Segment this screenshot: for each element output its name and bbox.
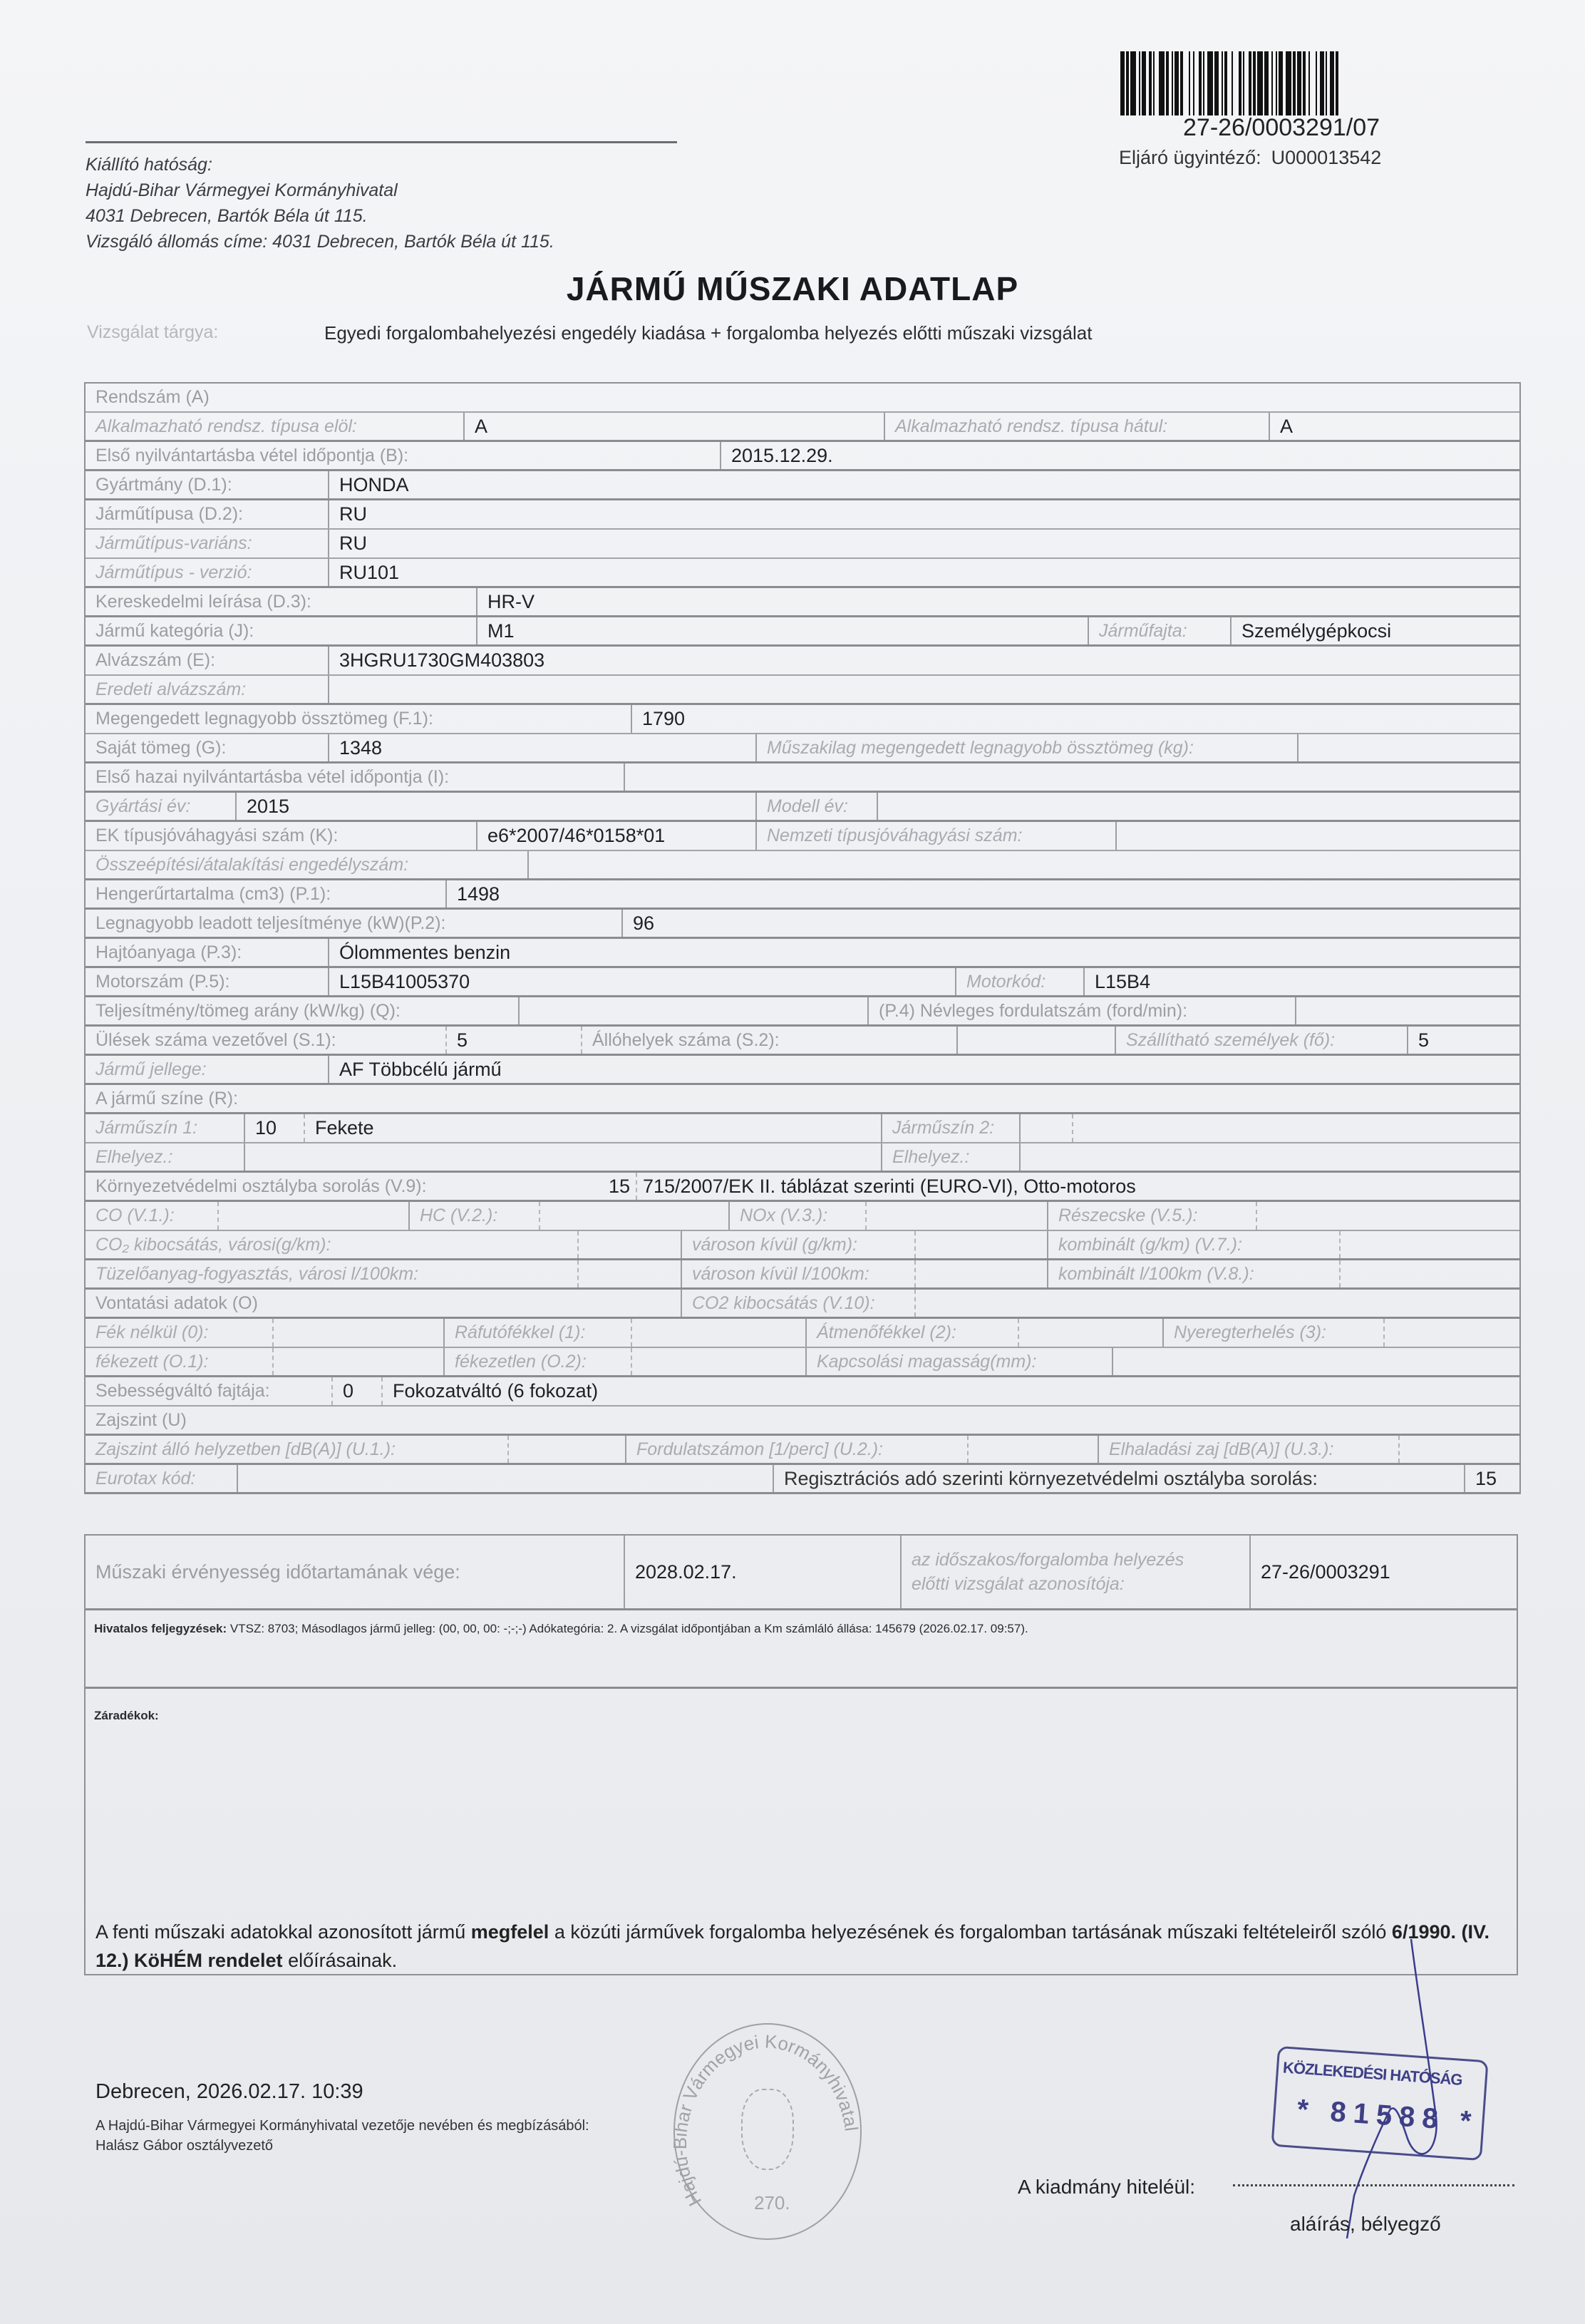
- row-max-mass: Megengedett legnagyobb össztömeg (F.1): …: [86, 705, 1519, 734]
- gearbox-code: 0: [331, 1377, 381, 1405]
- row-power-mass: Teljesítmény/tömeg arány (kW/kg) (Q): (P…: [86, 997, 1519, 1027]
- towing-header: Vontatási adatok (O): [86, 1290, 681, 1317]
- noise-rpm-label: Fordulatszámon [1/perc] (U.2.):: [625, 1436, 967, 1463]
- passengers-value: 5: [1407, 1027, 1518, 1054]
- subject-label: Vizsgálat tárgya:: [87, 322, 218, 343]
- power-mass-value: [518, 997, 867, 1024]
- standing-value: [956, 1027, 1115, 1054]
- co2-comb-value: [1339, 1231, 1518, 1258]
- fuel-extra-label: városon kívül l/100km:: [681, 1260, 914, 1287]
- front-plate-label: Alkalmazható rendsz. típusa elöl:: [86, 413, 463, 440]
- row-version: Járműtípus - verzió: RU101: [86, 559, 1519, 588]
- row-make: Gyártmány (D.1): HONDA: [86, 471, 1519, 500]
- tech-max-mass-value: [1297, 734, 1518, 761]
- coat-of-arms-icon: [741, 2089, 794, 2170]
- vehicle-kind-value: Személygépkocsi: [1230, 617, 1518, 644]
- row-fuel: Hajtóanyaga (P.3): Ólommentes benzin: [86, 939, 1519, 968]
- color2-code: [1019, 1114, 1072, 1142]
- plate-label: Rendszám (A): [86, 384, 755, 411]
- own-mass-label: Saját tömeg (G):: [86, 734, 328, 761]
- co2-v10-value: [914, 1290, 1518, 1317]
- hc-label: HC (V.2.):: [408, 1202, 539, 1230]
- row-first-domestic: Első hazai nyilvántartásba vétel időpont…: [86, 763, 1519, 793]
- row-type: Járműtípusa (D.2): RU: [86, 500, 1519, 530]
- env-class-code: 15: [577, 1173, 636, 1200]
- nox-label: NOx (V.3.):: [728, 1202, 865, 1230]
- row-variant: Járműtípus-variáns: RU: [86, 530, 1519, 559]
- conformity-text-2: a közúti járművek forgalomba helyezéséne…: [549, 1921, 1392, 1943]
- barcode-number: 27-26/0003291/07: [1183, 114, 1380, 142]
- row-color1: Járműszín 1: 10 Fekete Járműszín 2:: [86, 1114, 1519, 1143]
- row-emissions: CO (V.1.): HC (V.2.): NOx (V.3.): Részec…: [86, 1202, 1519, 1231]
- co2-extra-value: [914, 1231, 1047, 1258]
- category-label: Jármű kategória (J):: [86, 617, 476, 644]
- gearbox-label: Sebességváltó fajtája:: [86, 1377, 331, 1405]
- character-value: AF Többcélú jármű: [328, 1056, 1518, 1083]
- row-seats: Ülések száma vezetővel (S.1): 5 Állóhely…: [86, 1027, 1519, 1056]
- unbraked-value: [631, 1348, 805, 1375]
- notes-text: VTSZ: 8703; Másodlagos jármű jelleg: (00…: [230, 1622, 1028, 1635]
- row-validity: Műszaki érvényesség időtartamának vége: …: [86, 1536, 1517, 1610]
- color-header: A jármű színe (R):: [86, 1085, 1518, 1112]
- row-plate-type: Alkalmazható rendsz. típusa elöl: A Alka…: [86, 413, 1519, 442]
- rear-plate-label: Alkalmazható rendsz. típusa hátul:: [884, 413, 1269, 440]
- case-officer: Eljáró ügyintéző:U000013542: [1119, 147, 1381, 169]
- front-plate-value: A: [463, 413, 884, 440]
- braked-value: [272, 1348, 443, 1375]
- row-orig-vin: Eredeti alvázszám:: [86, 676, 1519, 705]
- gearbox-value: Fokozatváltó (6 fokozat): [381, 1377, 1518, 1405]
- row-eurotax: Eurotax kód: Regisztrációs adó szerinti …: [86, 1465, 1519, 1494]
- row-plate: Rendszám (A): [86, 384, 1519, 413]
- first-registration-label: Első nyilvántartásba vétel időpontja (B)…: [86, 442, 720, 469]
- placement1-value: [244, 1143, 881, 1171]
- coupling-label: Kapcsolási magasság(mm):: [805, 1348, 1112, 1375]
- vehicle-data-table: Rendszám (A) Alkalmazható rendsz. típusa…: [84, 382, 1521, 1494]
- make-value: HONDA: [328, 471, 1518, 498]
- noise-passby-label: Elhaladási zaj [dB(A)] (U.3.):: [1098, 1436, 1398, 1463]
- certify-label: A kiadmány hiteléül:: [1018, 2176, 1195, 2199]
- first-registration-value: 2015.12.29.: [720, 442, 1518, 469]
- signature-icon: [1269, 1939, 1482, 2238]
- conformity-verdict: megfelel: [471, 1921, 549, 1943]
- type-label: Járműtípusa (D.2):: [86, 500, 328, 528]
- co2-extra-label: városon kívül (g/km):: [681, 1231, 914, 1258]
- reg-tax-value: 15: [1464, 1465, 1518, 1492]
- eurotax-label: Eurotax kód:: [86, 1465, 237, 1492]
- ec-approval-label: EK típusjóváhagyási szám (K):: [86, 822, 476, 850]
- unbraked-label: fékezetlen (O.2):: [443, 1348, 631, 1375]
- variant-label: Járműtípus-variáns:: [86, 530, 328, 557]
- notes-label: Hivatalos feljegyzések:: [94, 1622, 227, 1635]
- continuous-label: Átmenőfékkel (2):: [805, 1319, 1018, 1347]
- variant-value: RU: [328, 530, 1518, 557]
- standing-label: Állóhelyek száma (S.2):: [581, 1027, 956, 1054]
- row-towing-2: fékezett (O.1): fékezetlen (O.2): Kapcso…: [86, 1348, 1519, 1377]
- conversion-permit-value: [527, 851, 1518, 878]
- noise-stationary-value: [507, 1436, 625, 1463]
- validity-section: Műszaki érvényesség időtartamának vége: …: [84, 1534, 1518, 1975]
- row-placement: Elhelyez.: Elhelyez.:: [86, 1143, 1519, 1173]
- rated-speed-value: [1295, 997, 1518, 1024]
- row-env-class: Környezetvédelmi osztályba sorolás (V.9)…: [86, 1173, 1519, 1202]
- saddle-value: [1383, 1319, 1518, 1347]
- vin-label: Alvázszám (E):: [86, 647, 328, 674]
- barcode: [1120, 51, 1491, 115]
- engine-code-value: L15B4: [1083, 968, 1518, 995]
- fuel-value: Ólommentes benzin: [328, 939, 1518, 966]
- manuf-year-label: Gyártási év:: [86, 793, 235, 820]
- row-noise-header: Zajszint (U): [86, 1407, 1519, 1436]
- row-towing-header: Vontatási adatok (O) CO2 kibocsátás (V.1…: [86, 1290, 1519, 1319]
- particle-value: [1256, 1202, 1518, 1230]
- first-domestic-label: Első hazai nyilvántartásba vétel időpont…: [86, 763, 624, 791]
- clauses-label: Záradékok:: [94, 1709, 159, 1722]
- row-own-mass: Saját tömeg (G): 1348 Műszakilag megenge…: [86, 734, 1519, 763]
- co-label: CO (V.1.):: [86, 1202, 217, 1230]
- signer-line1: A Hajdú-Bihar Vármegyei Kormányhivatal v…: [95, 2116, 589, 2136]
- seal-number: 270.: [754, 2192, 790, 2214]
- co2-urban-value: [577, 1231, 681, 1258]
- noise-header: Zajszint (U): [86, 1407, 1518, 1434]
- max-mass-value: 1790: [631, 705, 1518, 733]
- row-color-header: A jármű színe (R):: [86, 1085, 1519, 1114]
- row-category: Jármű kategória (J): M1 Járműfajta: Szem…: [86, 617, 1519, 647]
- nox-value: [865, 1202, 1047, 1230]
- issuer-address: 4031 Debrecen, Bartók Béla út 115.: [86, 203, 677, 229]
- overrun-label: Ráfutófékkel (1):: [443, 1319, 631, 1347]
- displacement-value: 1498: [445, 880, 1518, 908]
- row-power: Legnagyobb leadott teljesítménye (kW)(P.…: [86, 910, 1519, 939]
- fuel-comb-label: kombinált l/100km (V.8.):: [1047, 1260, 1339, 1287]
- signer-block: A Hajdú-Bihar Vármegyei Kormányhivatal v…: [95, 2116, 589, 2156]
- row-towing-1: Fék nélkül (0): Ráfutófékkel (1): Átmenő…: [86, 1319, 1519, 1348]
- exam-id-label: az időszakos/forgalomba helyezés előtti …: [900, 1536, 1249, 1608]
- character-label: Jármű jellege:: [86, 1056, 328, 1083]
- national-approval-label: Nemzeti típusjóváhagyási szám:: [755, 822, 1115, 850]
- version-value: RU101: [328, 559, 1518, 586]
- continuous-value: [1018, 1319, 1162, 1347]
- own-mass-value: 1348: [328, 734, 755, 761]
- color1-code: 10: [244, 1114, 304, 1142]
- placement2-value: [1019, 1143, 1518, 1171]
- tech-max-mass-label: Műszakilag megengedett legnagyobb össztö…: [755, 734, 1297, 761]
- noise-stationary-label: Zajszint álló helyzetben [dB(A)] (U.1.):: [86, 1436, 507, 1463]
- hc-value: [539, 1202, 728, 1230]
- row-vin: Alvázszám (E): 3HGRU1730GM403803: [86, 647, 1519, 676]
- conformity-text-3: előírásainak.: [283, 1950, 398, 1971]
- coupling-value: [1112, 1348, 1518, 1375]
- row-noise: Zajszint álló helyzetben [dB(A)] (U.1.):…: [86, 1436, 1519, 1465]
- commercial-value: HR-V: [476, 588, 1518, 615]
- co2-urban-label: CO₂ kibocsátás, városi(g/km):: [86, 1231, 577, 1258]
- rated-speed-label: (P.4) Névleges fordulatszám (ford/min):: [867, 997, 1295, 1024]
- color2-label: Járműszín 2:: [881, 1114, 1019, 1142]
- color1-value: Fekete: [304, 1114, 881, 1142]
- signature-caption: aláírás, bélyegző: [1290, 2213, 1441, 2236]
- make-label: Gyártmány (D.1):: [86, 471, 328, 498]
- eurotax-value: [237, 1465, 773, 1492]
- orig-vin-value: [328, 676, 1518, 703]
- noise-passby-value: [1398, 1436, 1518, 1463]
- vin-value: 3HGRU1730GM403803: [328, 647, 1518, 674]
- fuel-urban-value: [577, 1260, 681, 1287]
- official-notes: Hivatalos feljegyzések: VTSZ: 8703; Máso…: [86, 1610, 1517, 1689]
- row-gearbox: Sebességváltó fajtája: 0 Fokozatváltó (6…: [86, 1377, 1519, 1407]
- placement1-label: Elhelyez.:: [86, 1143, 244, 1171]
- noise-rpm-value: [967, 1436, 1098, 1463]
- case-officer-label: Eljáró ügyintéző:: [1119, 147, 1261, 168]
- engine-code-label: Motorkód:: [955, 968, 1083, 995]
- row-fuel-consumption: Tüzelőanyag-fogyasztás, városi l/100km: …: [86, 1260, 1519, 1290]
- exam-id-label-line1: az időszakos/forgalomba helyezés: [912, 1548, 1184, 1572]
- power-label: Legnagyobb leadott teljesítménye (kW)(P.…: [86, 910, 621, 937]
- fuel-urban-label: Tüzelőanyag-fogyasztás, városi l/100km:: [86, 1260, 577, 1287]
- first-domestic-value: [624, 763, 1518, 791]
- orig-vin-label: Eredeti alvázszám:: [86, 676, 328, 703]
- exam-id-label-line2: előtti vizsgálat azonosítója:: [912, 1572, 1125, 1596]
- row-approval: EK típusjóváhagyási szám (K): e6*2007/46…: [86, 822, 1519, 851]
- co2-v10-label: CO2 kibocsátás (V.10):: [681, 1290, 914, 1317]
- type-value: RU: [328, 500, 1518, 528]
- placement2-label: Elhelyez.:: [881, 1143, 1019, 1171]
- ec-approval-value: e6*2007/46*0158*01: [476, 822, 755, 850]
- row-engine: Motorszám (P.5): L15B41005370 Motorkód: …: [86, 968, 1519, 997]
- issuer-block: Kiállító hatóság: Hajdú-Bihar Vármegyei …: [86, 141, 677, 254]
- max-mass-label: Megengedett legnagyobb össztömeg (F.1):: [86, 705, 631, 733]
- row-conversion: Összeépítési/átalakítási engedélyszám:: [86, 851, 1519, 880]
- fuel-label: Hajtóanyaga (P.3):: [86, 939, 328, 966]
- validity-label: Műszaki érvényesség időtartamának vége:: [86, 1536, 624, 1608]
- model-year-label: Modell év:: [755, 793, 877, 820]
- exam-id-value: 27-26/0003291: [1249, 1536, 1517, 1608]
- conversion-permit-label: Összeépítési/átalakítási engedélyszám:: [86, 851, 527, 878]
- power-value: 96: [621, 910, 1518, 937]
- saddle-label: Nyeregterhelés (3):: [1162, 1319, 1383, 1347]
- document-page: 27-26/0003291/07 Eljáró ügyintéző:U00001…: [0, 0, 1585, 2324]
- issuer-heading: Kiállító hatóság:: [86, 152, 677, 178]
- particle-label: Részecske (V.5.):: [1047, 1202, 1256, 1230]
- overrun-value: [631, 1319, 805, 1347]
- unbraked0-value: [272, 1319, 443, 1347]
- row-displacement: Hengerűrtartalma (cm3) (P.1): 1498: [86, 880, 1519, 910]
- color2-value: [1072, 1114, 1518, 1142]
- fuel-extra-value: [914, 1260, 1047, 1287]
- page-title: JÁRMŰ MŰSZAKI ADATLAP: [0, 269, 1585, 308]
- displacement-label: Hengerűrtartalma (cm3) (P.1):: [86, 880, 445, 908]
- row-commercial: Kereskedelmi leírása (D.3): HR-V: [86, 588, 1519, 617]
- seats-label: Ülések száma vezetővel (S.1):: [86, 1027, 445, 1054]
- row-co2: CO₂ kibocsátás, városi(g/km): városon kí…: [86, 1231, 1519, 1260]
- seats-value: 5: [445, 1027, 581, 1054]
- signature-line: [1233, 2184, 1514, 2186]
- category-value: M1: [476, 617, 1088, 644]
- rear-plate-value: A: [1269, 413, 1518, 440]
- braked-label: fékezett (O.1):: [86, 1348, 272, 1375]
- issuer-name: Hajdú-Bihar Vármegyei Kormányhivatal: [86, 178, 677, 203]
- env-class-value: 715/2007/EK II. táblázat szerinti (EURO-…: [636, 1173, 1518, 1200]
- national-approval-value: [1115, 822, 1518, 850]
- env-class-label: Környezetvédelmi osztályba sorolás (V.9)…: [86, 1173, 577, 1200]
- signer-name: Halász Gábor osztályvezető: [95, 2136, 589, 2156]
- engine-no-value: L15B41005370: [328, 968, 955, 995]
- subject-value: Egyedi forgalombahelyezési engedély kiad…: [324, 322, 1092, 344]
- fuel-comb-value: [1339, 1260, 1518, 1287]
- vehicle-kind-label: Járműfajta:: [1088, 617, 1230, 644]
- color1-label: Járműszín 1:: [86, 1114, 244, 1142]
- place-date: Debrecen, 2026.02.17. 10:39: [95, 2080, 363, 2104]
- row-year: Gyártási év: 2015 Modell év:: [86, 793, 1519, 822]
- unbraked0-label: Fék nélkül (0):: [86, 1319, 272, 1347]
- reg-tax-label: Regisztrációs adó szerinti környezetvéde…: [773, 1465, 1464, 1492]
- row-character: Jármű jellege: AF Többcélú jármű: [86, 1056, 1519, 1085]
- conformity-text-1: A fenti műszaki adatokkal azonosított já…: [95, 1921, 471, 1943]
- station-address: Vizsgáló állomás címe: 4031 Debrecen, Ba…: [86, 229, 677, 254]
- model-year-value: [877, 793, 1518, 820]
- engine-no-label: Motorszám (P.5):: [86, 968, 328, 995]
- commercial-label: Kereskedelmi leírása (D.3):: [86, 588, 476, 615]
- manuf-year-value: 2015: [235, 793, 755, 820]
- co-value: [217, 1202, 408, 1230]
- row-first-registration: Első nyilvántartásba vétel időpontja (B)…: [86, 442, 1519, 471]
- case-officer-value: U000013542: [1271, 147, 1382, 168]
- co2-comb-label: kombinált (g/km) (V.7.):: [1047, 1231, 1339, 1258]
- passengers-label: Szállítható személyek (fő):: [1115, 1027, 1407, 1054]
- validity-value: 2028.02.17.: [624, 1536, 900, 1608]
- version-label: Járműtípus - verzió:: [86, 559, 328, 586]
- power-mass-label: Teljesítmény/tömeg arány (kW/kg) (Q):: [86, 997, 518, 1024]
